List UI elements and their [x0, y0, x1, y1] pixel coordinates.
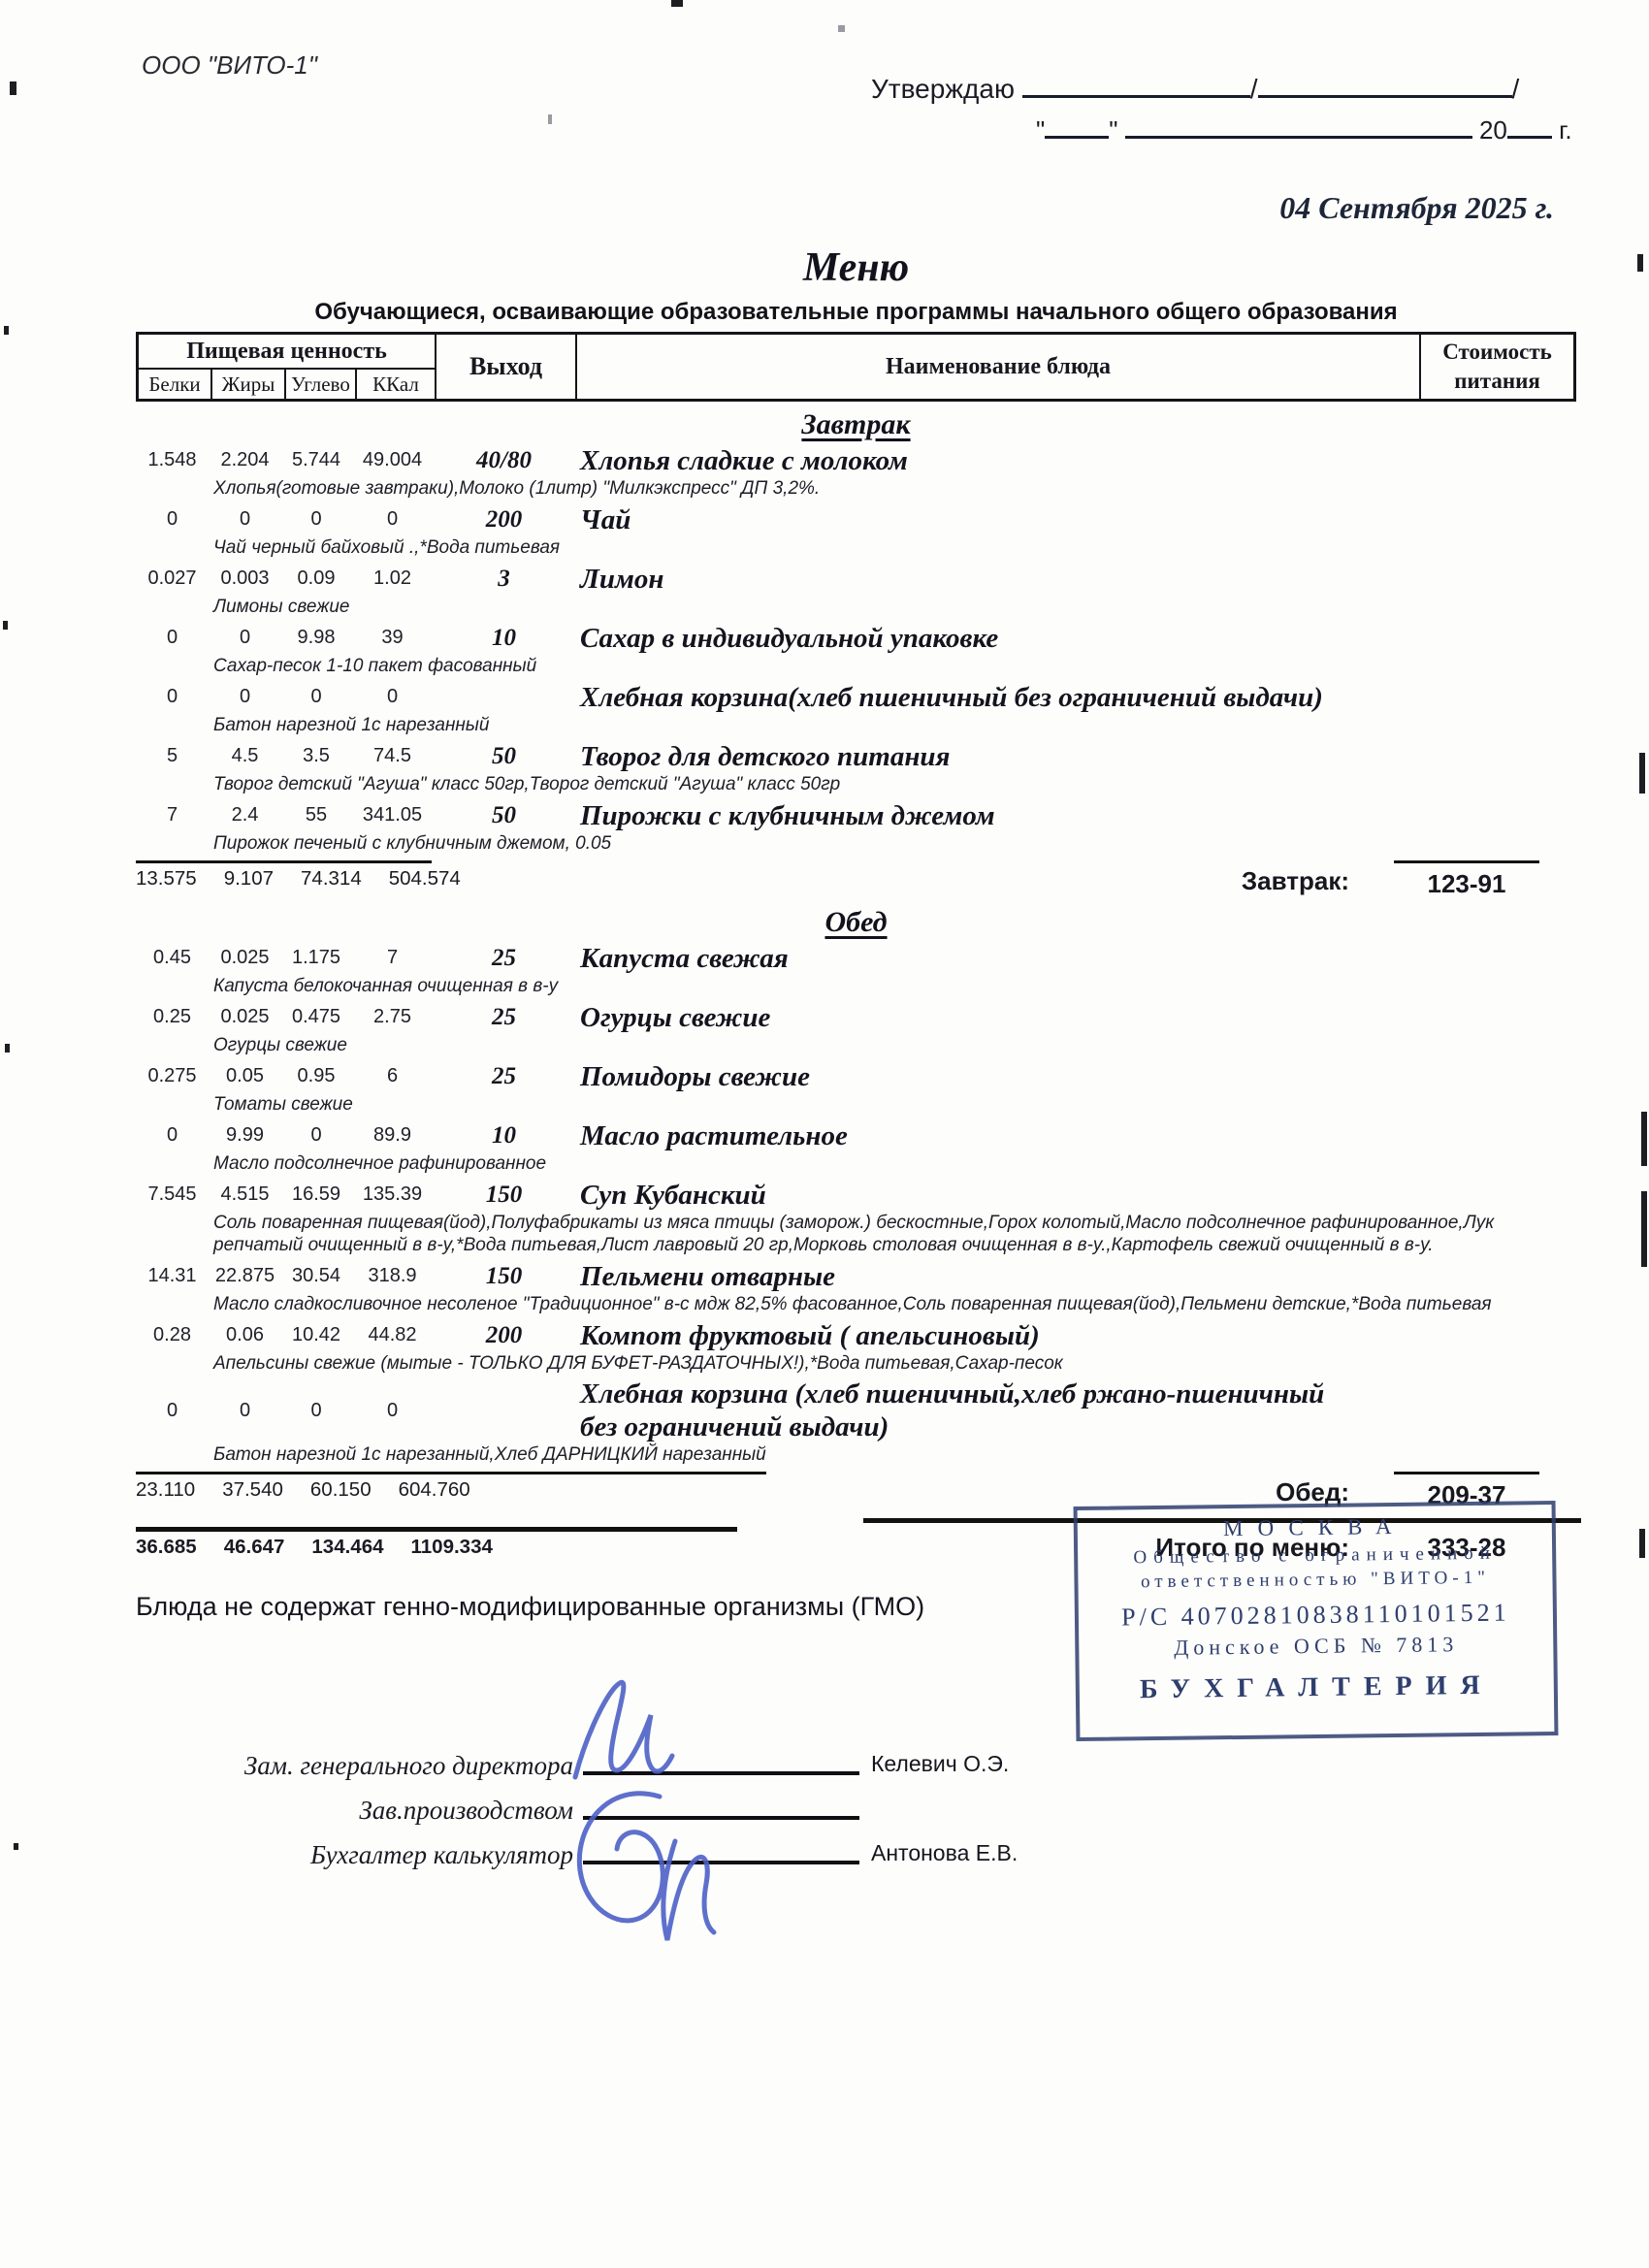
table-header: Пищевая ценность Белки Жиры Углево ККал … — [136, 332, 1576, 402]
section-cost-total: Завтрак:123-91 — [1242, 860, 1576, 899]
nutrition-value-carbs: 0.95 — [281, 1065, 351, 1087]
dish-ingredients: Томаты свежие — [213, 1093, 1571, 1116]
stamp-department: БУХГАЛТЕРИЯ — [1080, 1669, 1554, 1706]
dish-ingredients: Лимоны свежие — [213, 596, 1571, 618]
nutrition-value-carbs: 0 — [281, 1400, 351, 1422]
section-header: Обед — [136, 906, 1576, 939]
dish-row: 09.99089.910Масло растительное — [136, 1118, 1576, 1152]
signature-title: Зам. генерального директора — [136, 1751, 573, 1781]
portion-value: 25 — [434, 945, 574, 972]
dish-name-line: Капуста свежая — [580, 942, 1576, 975]
accounting-stamp: МОСКВА Общество с ограниченной ответстве… — [1074, 1501, 1559, 1741]
nutrition-value-fats: 0 — [209, 1400, 281, 1422]
nutrition-value-proteins: 0 — [136, 627, 209, 649]
nutrition-value-kcal: 6 — [351, 1065, 434, 1087]
dish-name-line: Хлопья сладкие с молоком — [580, 444, 1576, 477]
nutrition-value-proteins: 0.25 — [136, 1006, 209, 1028]
portion-value: 3 — [434, 566, 574, 593]
scan-artifact — [1641, 1191, 1647, 1267]
dish-name-line: Сахар в индивидуальной упаковке — [580, 622, 1576, 655]
scan-artifact — [548, 114, 552, 124]
totals-value-kcal: 504.574 — [389, 867, 461, 891]
dish-row: 0000Хлебная корзина (хлеб пшеничный,хлеб… — [136, 1377, 1576, 1443]
portion-value: 40/80 — [434, 447, 574, 474]
nutrition-value-carbs: 55 — [281, 804, 351, 826]
nutrition-value-carbs: 0 — [281, 1124, 351, 1147]
totals-value-fats: 9.107 — [224, 867, 274, 891]
signature-title: Бухгалтер калькулятор — [136, 1840, 573, 1870]
signature-title: Зав.производством — [136, 1796, 573, 1826]
nutrition-value-kcal: 0 — [351, 508, 434, 531]
grand-totals-numbers: 36.68546.647134.4641109.334 — [136, 1527, 737, 1559]
portion-value: 10 — [434, 1122, 574, 1150]
nutrition-value-proteins: 0.28 — [136, 1324, 209, 1346]
menu-sections: Завтрак1.5482.2045.74449.00440/80Хлопья … — [136, 408, 1576, 1510]
nutrition-value-fats: 9.99 — [209, 1124, 281, 1147]
dish-name-line: Чай — [580, 503, 1576, 536]
nutrition-value-fats: 0 — [209, 686, 281, 708]
dish-ingredients: Творог детский "Агуша" класс 50гр,Творог… — [213, 773, 1571, 795]
column-cost-line1: Стоимость — [1442, 338, 1552, 367]
dish-name: Пельмени отварные — [574, 1260, 1576, 1293]
nutrition-value-proteins: 0 — [136, 508, 209, 531]
dish-name-line: Масло растительное — [580, 1119, 1576, 1152]
page-title: Меню — [136, 244, 1576, 291]
portion-value: 25 — [434, 1004, 574, 1031]
column-cost-line2: питания — [1454, 367, 1540, 396]
grand-total-proteins: 36.685 — [136, 1536, 197, 1559]
nutrition-value-fats: 0.025 — [209, 947, 281, 969]
scan-artifact — [10, 81, 16, 95]
portion-value: 150 — [434, 1182, 574, 1209]
scan-artifact — [1639, 753, 1645, 794]
menu-document: ООО "ВИТО-1" Утверждаю // "" 20 г. 04 Се… — [0, 0, 1649, 2268]
dish-ingredients: Хлопья(готовые завтраки),Молоко (1литр) … — [213, 477, 1571, 500]
nutrition-value-fats: 2.204 — [209, 449, 281, 471]
dish-name: Масло растительное — [574, 1119, 1576, 1152]
dish-name: Творог для детского питания — [574, 740, 1576, 773]
totals-value-carbs: 60.150 — [310, 1478, 372, 1502]
column-kcal: ККал — [357, 370, 435, 399]
portion-value: 200 — [434, 506, 574, 534]
dish-name: Чай — [574, 503, 1576, 536]
nutrition-value-carbs: 0.475 — [281, 1006, 351, 1028]
dish-row: 0000Хлебная корзина(хлеб пшеничный без о… — [136, 680, 1576, 714]
nutrition-value-carbs: 5.744 — [281, 449, 351, 471]
dish-ingredients: Чай черный байховый .,*Вода питьевая — [213, 536, 1571, 559]
nutrition-value-fats: 0 — [209, 508, 281, 531]
dish-name: Капуста свежая — [574, 942, 1576, 975]
dish-name: Суп Кубанский — [574, 1179, 1576, 1212]
nutrition-value-proteins: 0 — [136, 1124, 209, 1147]
page-subtitle: Обучающиеся, осваивающие образовательные… — [136, 299, 1576, 326]
dish-name-line: Компот фруктовый ( апельсиновый) — [580, 1319, 1576, 1352]
dish-row: 7.5454.51516.59135.39150Суп Кубанский — [136, 1178, 1576, 1212]
stamp-bank: Донское ОСБ № 7813 — [1079, 1631, 1553, 1662]
dish-row: 0.0270.0030.091.023Лимон — [136, 562, 1576, 596]
nutrition-value-fats: 0 — [209, 627, 281, 649]
dish-row: 0.250.0250.4752.7525Огурцы свежие — [136, 1000, 1576, 1034]
dish-name-line: Пельмени отварные — [580, 1260, 1576, 1293]
signature-name: Келевич О.Э. — [871, 1751, 1009, 1781]
nutrition-value-kcal: 0 — [351, 1400, 434, 1422]
stamp-org-line1: Общество с ограниченной — [1078, 1542, 1552, 1570]
grand-total-carbs: 134.464 — [311, 1536, 383, 1559]
totals-value-kcal: 604.760 — [399, 1478, 470, 1502]
nutrition-value-kcal: 39 — [351, 627, 434, 649]
dish-ingredients: Сахар-песок 1-10 пакет фасованный — [213, 655, 1571, 677]
dish-name-line: Суп Кубанский — [580, 1179, 1576, 1212]
nutrition-value-kcal: 135.39 — [351, 1183, 434, 1206]
nutrition-value-kcal: 318.9 — [351, 1265, 434, 1287]
signature-row: Бухгалтер калькуляторАнтонова Е.В. — [136, 1826, 1576, 1870]
nutrition-value-carbs: 0 — [281, 686, 351, 708]
portion-value: 200 — [434, 1322, 574, 1349]
scan-artifact — [14, 1843, 18, 1850]
nutrition-value-carbs: 0.09 — [281, 567, 351, 590]
stamp-org-line2: ответственностью "ВИТО-1" — [1078, 1567, 1552, 1594]
nutrition-value-kcal: 49.004 — [351, 449, 434, 471]
dish-ingredients: Масло подсолнечное рафинированное — [213, 1152, 1571, 1175]
column-portion: Выход — [436, 335, 577, 399]
nutrition-value-carbs: 1.175 — [281, 947, 351, 969]
nutrition-value-proteins: 0 — [136, 1400, 209, 1422]
dish-name-line: Лимон — [580, 563, 1576, 596]
cost-total-value: 123-91 — [1394, 860, 1539, 899]
nutrition-value-kcal: 44.82 — [351, 1324, 434, 1346]
nutrition-value-proteins: 14.31 — [136, 1265, 209, 1287]
portion-value: 25 — [434, 1063, 574, 1090]
nutrition-value-fats: 0.025 — [209, 1006, 281, 1028]
dish-ingredients: Капуста белокочанная очищенная в в-у — [213, 975, 1571, 997]
grand-total-fats: 46.647 — [224, 1536, 285, 1559]
dish-name: Компот фруктовый ( апельсиновый) — [574, 1319, 1576, 1352]
signature-line — [583, 1816, 859, 1820]
signature-name: Антонова Е.В. — [871, 1840, 1018, 1870]
dish-name: Хлопья сладкие с молоком — [574, 444, 1576, 477]
section-totals-numbers: 23.11037.54060.150604.760 — [136, 1472, 766, 1502]
nutrition-value-kcal: 2.75 — [351, 1006, 434, 1028]
dish-row: 54.53.574.550Творог для детского питания — [136, 739, 1576, 773]
dish-name-line: Помидоры свежие — [580, 1060, 1576, 1093]
nutrition-value-carbs: 16.59 — [281, 1183, 351, 1206]
nutrition-value-kcal: 89.9 — [351, 1124, 434, 1147]
nutrition-value-fats: 0.05 — [209, 1065, 281, 1087]
grand-total-kcal: 1109.334 — [411, 1536, 493, 1559]
portion-value: 50 — [434, 743, 574, 770]
portion-value: 10 — [434, 625, 574, 652]
nutrition-value-fats: 4.5 — [209, 745, 281, 767]
scan-artifact — [5, 1044, 10, 1053]
dish-ingredients: Масло сладкосливочное несоленое "Традици… — [213, 1293, 1571, 1315]
dish-row: 009.983910Сахар в индивидуальной упаковк… — [136, 621, 1576, 655]
scan-artifact — [3, 621, 8, 630]
dish-row: 14.3122.87530.54318.9150Пельмени отварны… — [136, 1259, 1576, 1293]
nutrition-value-carbs: 0 — [281, 508, 351, 531]
menu-section-lunch: Обед0.450.0251.175725Капуста свежаяКапус… — [136, 906, 1576, 1510]
section-totals-row: 13.5759.10774.314504.574Завтрак:123-91 — [136, 860, 1576, 899]
dish-ingredients: Соль поваренная пищевая(йод),Полуфабрика… — [213, 1212, 1571, 1256]
column-carbs: Углево — [286, 370, 357, 399]
nutrition-value-kcal: 7 — [351, 947, 434, 969]
totals-value-proteins: 23.110 — [136, 1478, 195, 1502]
nutrition-value-carbs: 30.54 — [281, 1265, 351, 1287]
nutrition-value-proteins: 7 — [136, 804, 209, 826]
dish-name-line: Хлебная корзина(хлеб пшеничный без огран… — [580, 681, 1576, 714]
column-nutrition: Пищевая ценность Белки Жиры Углево ККал — [139, 335, 436, 399]
signature-row: Зам. генерального директораКелевич О.Э. — [136, 1736, 1576, 1781]
nutrition-value-proteins: 0.275 — [136, 1065, 209, 1087]
signature-line — [583, 1861, 859, 1864]
signatures-block: Зам. генерального директораКелевич О.Э.З… — [136, 1736, 1576, 1870]
portion-value: 50 — [434, 802, 574, 829]
column-nutrition-title: Пищевая ценность — [139, 335, 435, 370]
dish-ingredients: Батон нарезной 1с нарезанный — [213, 714, 1571, 736]
totals-value-carbs: 74.314 — [301, 867, 362, 891]
nutrition-value-carbs: 10.42 — [281, 1324, 351, 1346]
portion-value: 150 — [434, 1263, 574, 1290]
dish-row: 0.2750.050.95625Помидоры свежие — [136, 1059, 1576, 1093]
nutrition-value-kcal: 1.02 — [351, 567, 434, 590]
totals-value-fats: 37.540 — [222, 1478, 283, 1502]
menu-section-breakfast: Завтрак1.5482.2045.74449.00440/80Хлопья … — [136, 408, 1576, 899]
stamp-city: МОСКВА — [1078, 1512, 1552, 1543]
scan-artifact — [1641, 1112, 1647, 1166]
dish-row: 72.455341.0550Пирожки с клубничным джемо… — [136, 798, 1576, 832]
dish-name-line: Хлебная корзина (хлеб пшеничный,хлеб ржа… — [580, 1377, 1576, 1410]
nutrition-value-fats: 22.875 — [209, 1265, 281, 1287]
dish-name-line: Пирожки с клубничным джемом — [580, 799, 1576, 832]
column-fats: Жиры — [212, 370, 286, 399]
totals-value-proteins: 13.575 — [136, 867, 197, 891]
nutrition-value-proteins: 1.548 — [136, 449, 209, 471]
dish-ingredients: Батон нарезной 1с нарезанный,Хлеб ДАРНИЦ… — [213, 1443, 1571, 1466]
nutrition-value-fats: 0.003 — [209, 567, 281, 590]
nutrition-subcolumns: Белки Жиры Углево ККал — [139, 370, 435, 399]
nutrition-value-kcal: 0 — [351, 686, 434, 708]
scan-artifact — [671, 0, 683, 7]
signature-line — [583, 1771, 859, 1775]
dish-name: Хлебная корзина(хлеб пшеничный без огран… — [574, 681, 1576, 714]
scan-artifact — [1639, 1529, 1645, 1558]
signature-row: Зав.производством — [136, 1781, 1576, 1826]
scan-artifact — [1637, 254, 1643, 272]
dish-row: 0000200Чай — [136, 502, 1576, 536]
scan-artifact — [838, 25, 845, 32]
dish-row: 0.280.0610.4244.82200Компот фруктовый ( … — [136, 1318, 1576, 1352]
dish-name: Сахар в индивидуальной упаковке — [574, 622, 1576, 655]
nutrition-value-proteins: 0.027 — [136, 567, 209, 590]
nutrition-value-proteins: 0 — [136, 686, 209, 708]
dish-ingredients: Пирожок печеный с клубничным джемом, 0.0… — [213, 832, 1571, 855]
column-cost: Стоимость питания — [1421, 335, 1573, 399]
stamp-account-number: Р/С 40702810838110101521 — [1079, 1598, 1553, 1633]
dish-name: Пирожки с клубничным джемом — [574, 799, 1576, 832]
scan-artifact — [4, 326, 9, 335]
dish-ingredients: Огурцы свежие — [213, 1034, 1571, 1056]
dish-name-line: без ограничений выдачи) — [580, 1410, 1576, 1443]
nutrition-value-fats: 0.06 — [209, 1324, 281, 1346]
dish-name: Огурцы свежие — [574, 1001, 1576, 1034]
nutrition-value-kcal: 341.05 — [351, 804, 434, 826]
section-header: Завтрак — [136, 408, 1576, 441]
nutrition-value-proteins: 0.45 — [136, 947, 209, 969]
cost-total-label: Обед: — [1276, 1472, 1349, 1507]
dish-name-line: Огурцы свежие — [580, 1001, 1576, 1034]
dish-row: 1.5482.2045.74449.00440/80Хлопья сладкие… — [136, 443, 1576, 477]
nutrition-value-carbs: 9.98 — [281, 627, 351, 649]
nutrition-value-proteins: 5 — [136, 745, 209, 767]
dish-name-line: Творог для детского питания — [580, 740, 1576, 773]
nutrition-value-carbs: 3.5 — [281, 745, 351, 767]
column-dish-name: Наименование блюда — [577, 335, 1421, 399]
column-proteins: Белки — [139, 370, 212, 399]
dish-name: Лимон — [574, 563, 1576, 596]
nutrition-value-fats: 2.4 — [209, 804, 281, 826]
dish-name: Хлебная корзина (хлеб пшеничный,хлеб ржа… — [574, 1377, 1576, 1443]
nutrition-value-proteins: 7.545 — [136, 1183, 209, 1206]
dish-row: 0.450.0251.175725Капуста свежая — [136, 941, 1576, 975]
section-totals-numbers: 13.5759.10774.314504.574 — [136, 860, 432, 891]
dish-name: Помидоры свежие — [574, 1060, 1576, 1093]
cost-total-label: Завтрак: — [1242, 860, 1349, 896]
nutrition-value-kcal: 74.5 — [351, 745, 434, 767]
dish-ingredients: Апельсины свежие (мытые - ТОЛЬКО ДЛЯ БУФ… — [213, 1352, 1571, 1375]
nutrition-value-fats: 4.515 — [209, 1183, 281, 1206]
